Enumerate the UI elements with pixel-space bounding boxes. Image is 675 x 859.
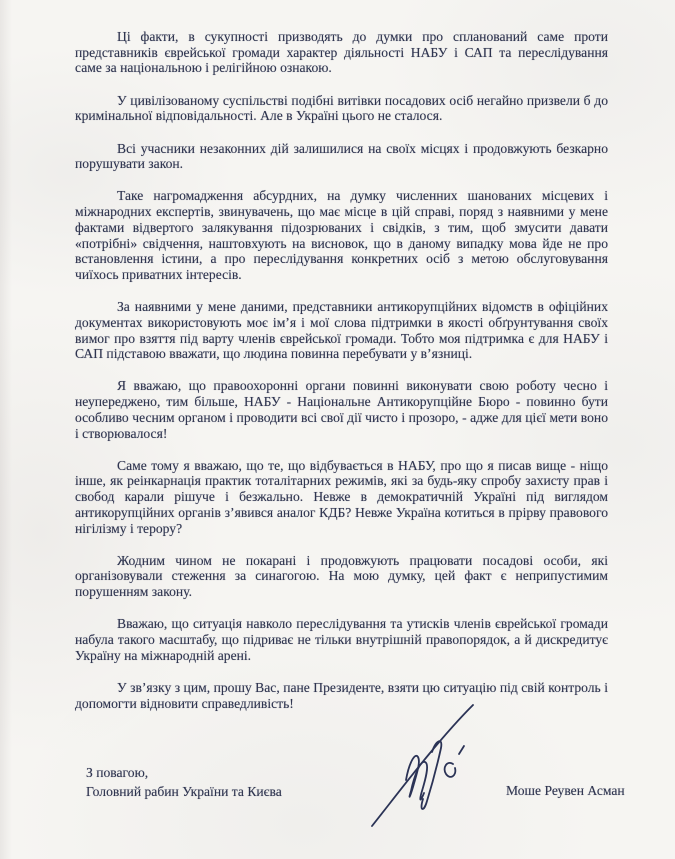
letter-paragraph-1: Ці факти, в сукупності призводять до дум… <box>75 29 608 76</box>
handwritten-signature-icon <box>368 700 482 832</box>
closing-salutation: З повагою, <box>86 764 282 783</box>
letter-paragraph-10: У зв’язку з цим, прошу Вас, пане Президе… <box>75 680 608 711</box>
signer-title: Головний рабин України та Києва <box>86 783 282 802</box>
letter-paragraph-9: Вважаю, що ситуація навколо переслідуван… <box>75 616 608 663</box>
letter-body: Ці факти, в сукупності призводять до дум… <box>75 29 608 728</box>
letter-paragraph-6: Я вважаю, що правоохоронні органи повинн… <box>75 378 608 441</box>
letter-paragraph-8: Жодним чином не покарані і продовжують п… <box>75 553 608 600</box>
signer-name: Моше Реувен Асман <box>506 783 625 799</box>
letter-paragraph-5: За наявними у мене даними, представники … <box>75 299 608 362</box>
letter-paragraph-7: Саме тому я вважаю, що те, що відбуваєть… <box>75 458 608 537</box>
letter-paragraph-3: Всі учасники незаконних дій залишилися н… <box>75 141 608 172</box>
letter-paragraph-2: У цивілізованому суспільстві подібні вит… <box>75 93 608 124</box>
closing-block: З повагою, Головний рабин України та Киє… <box>86 764 282 801</box>
scanned-letter-page: Ці факти, в сукупності призводять до дум… <box>0 0 675 859</box>
letter-paragraph-4: Таке нагромадження абсурдних, на думку ч… <box>75 188 608 282</box>
signature-ink <box>368 700 482 832</box>
